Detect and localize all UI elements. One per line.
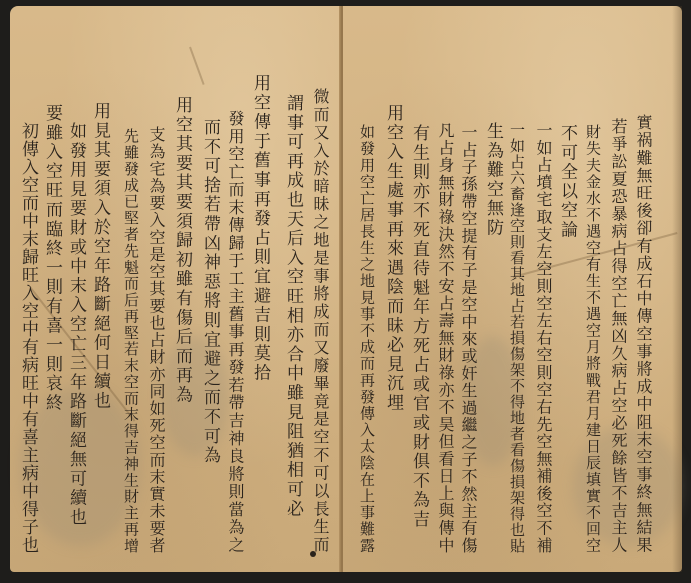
text-column: 用空傳于舊事再發占則宜避吉則莫拾 <box>250 74 270 383</box>
right-page: 實祸難無旺後卻有成石中傳空事將成中阻末空事終無結果 若爭訟夏恐暴病占得空亡無凶久… <box>343 6 682 572</box>
open-book: 微而又入於暗昧之地是事將成而又廢畢竟是空不可以長生而 謂事可再成也天后入空旺相亦… <box>10 6 682 572</box>
text-column: 凡占身無財祿決然不安占壽無財祿亦不昊但看日上與傳中 <box>435 122 455 554</box>
text-column: 若爭訟夏恐暴病占得空亡無凶久病占空必死餘皆不吉主人 <box>608 118 628 554</box>
text-column: 初傳入空而中末歸旺入空中有病旺中有喜主病中得子也 <box>18 122 38 554</box>
text-column: 生為難空無防 <box>483 122 503 238</box>
text-column: 不可全以空論 <box>557 124 577 240</box>
text-column: 如發用空亡居長生之地見事不成而再發傳入太陰在上事難露 <box>357 124 377 554</box>
text-column: 財失夫金水不遇空有生不遇空月將戰君月建日辰填實不回空 <box>583 124 603 554</box>
left-page: 微而又入於暗昧之地是事將成而又廢畢竟是空不可以長生而 謂事可再成也天后入空旺相亦… <box>10 6 341 572</box>
text-column: 發用空亡而末傳歸于工主舊事再發若帶吉神良將則當為之 <box>225 110 245 554</box>
text-column: 如發用見要財或中末入空亡三年路斷絕無可續也 <box>66 122 86 527</box>
text-column: 一如占六畜逢空則看其地占若損傷架不得地者看傷損架得也貼 <box>507 122 527 554</box>
text-column: 用空入生處事再來遇陰而昧必見沉埋 <box>383 104 403 413</box>
page-edge <box>672 6 682 572</box>
ink-dot <box>310 551 316 557</box>
text-column: 而不可捨若帶凶神惡將則宜避之而不可為 <box>200 118 220 465</box>
paper-crease <box>189 47 205 85</box>
text-column: 先雖發成已堅者先魁而后再堅若末空而末得吉神生財主再增 <box>121 128 141 554</box>
text-column: 微而又入於暗昧之地是事將成而又廢畢竟是空不可以長生而 <box>310 88 330 554</box>
text-column: 用空其要其要須歸初雖有傷后而再為 <box>172 96 192 405</box>
text-column: 用見其要須入於空年路斷絕何日續也 <box>90 102 110 411</box>
text-column: 有生則亦不死直待魁年方死占或官或財俱不為吉 <box>409 124 429 529</box>
text-column: 要雖入空旺而臨終一則有喜一則哀終 <box>42 104 62 413</box>
text-column: 一占子孫帶空提有子是空中來或奸生過繼之子不然主有傷 <box>458 124 478 554</box>
text-column: 謂事可再成也天后入空旺相亦合中雖見阻猶相可必 <box>283 94 303 519</box>
text-column: 一如占墳宅取支左空則空左右空則空右先空無補後空不補 <box>533 122 553 554</box>
text-column: 實祸難無旺後卻有成石中傳空事將成中阻末空事終無結果 <box>633 114 653 554</box>
text-column: 支為宅為要入空是空其要也占財亦同如死空而末實未要者 <box>146 126 166 554</box>
